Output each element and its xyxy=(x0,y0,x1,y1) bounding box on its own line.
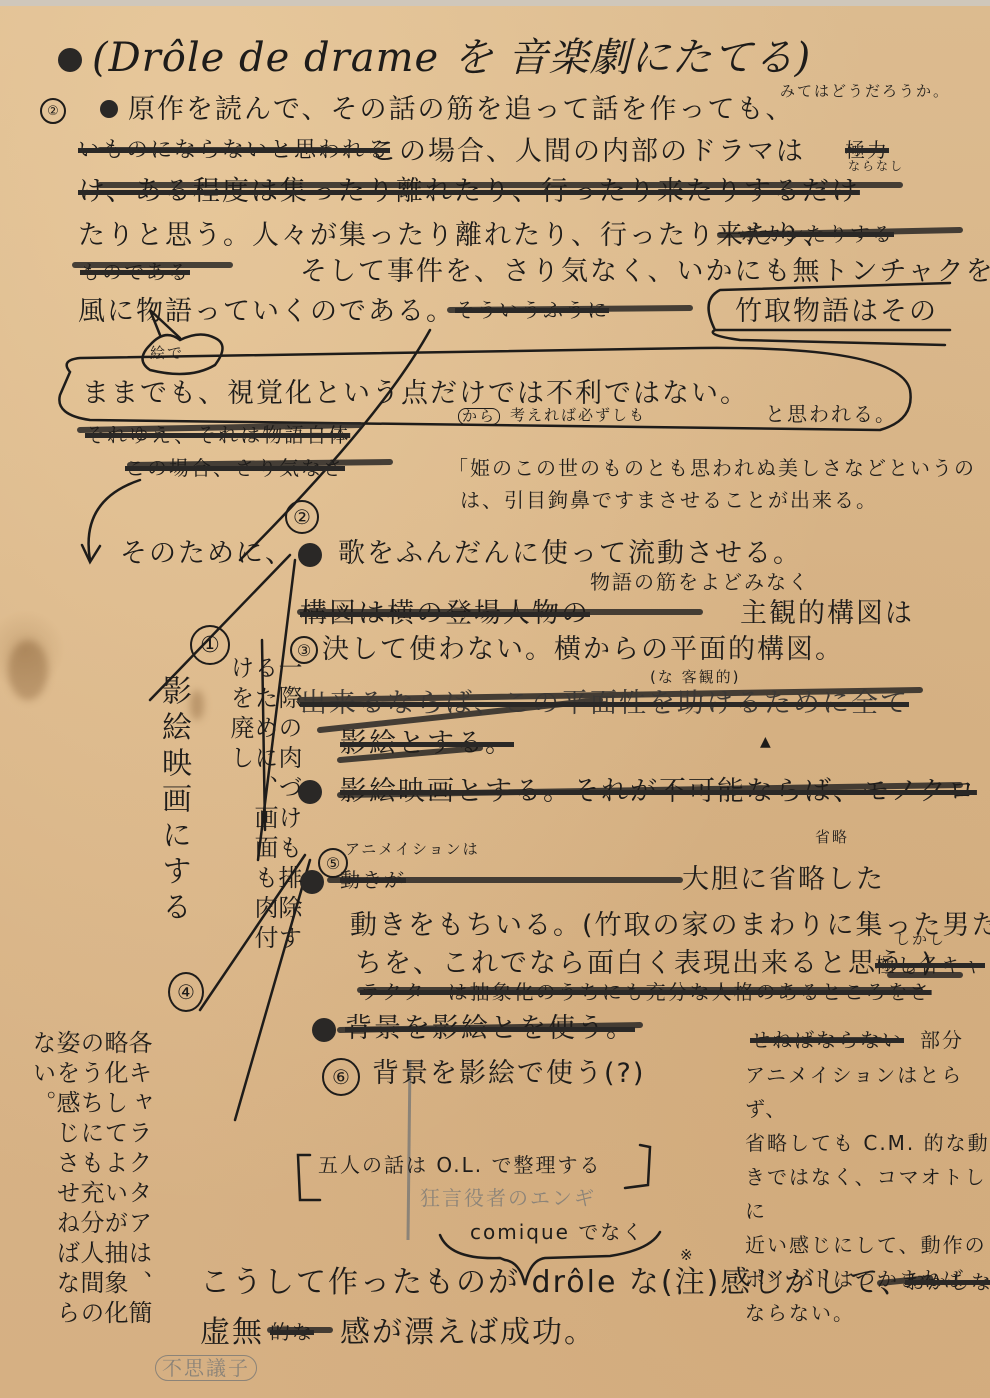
vertical-col1-marker: ① xyxy=(190,625,230,665)
paragraph1-line3-struck: け、ある程度は集ったり離れたり、行ったり来たりするだけ xyxy=(78,178,860,205)
section2-line4-struck: 出来るならば、この平面性を助けるために全て xyxy=(300,690,909,717)
closing-line1: こうして作ったものが drôle な(注)感じがして、 xyxy=(200,1268,912,1298)
section2-line11-right-struck: せねばならない xyxy=(750,1030,904,1050)
section2-line10-struck: ラクターは抽象化のうちにも充分な人格のあるところをさ xyxy=(360,982,932,1002)
vertical-col2-a: 一際の肉づけも排除するために、画面も肉付けを廃し xyxy=(228,655,300,955)
item-marker-icon xyxy=(298,543,322,567)
section2-line8: 動きをもちいる。(竹取の家のまわりに集った男た xyxy=(350,912,990,939)
bracket-note: 五人の話は O.L. で整理する xyxy=(318,1155,602,1175)
paragraph1-line1: 原作を読んで、その話の筋を追って話を作っても、 xyxy=(128,96,794,123)
quote-line1: 「姫のこの世のものとも思われぬ美しさなどというの xyxy=(448,458,976,478)
section2-line12: 背景を影絵で使う(?) xyxy=(372,1060,645,1087)
right-note-line: ならない。 xyxy=(745,1296,990,1330)
caret-mark-icon: ▲ xyxy=(760,735,771,749)
section2-line3-annotation: (な 客観的) xyxy=(650,670,740,685)
pencil-note-kyogen: 狂言役者のエンギ xyxy=(420,1188,596,1208)
right-note-line: 近い感じにして、動作の xyxy=(745,1228,990,1262)
paragraph1-line7-right: と思われる。 xyxy=(765,404,897,424)
section2-line5-struck: 影絵とする。 xyxy=(340,730,514,757)
section2-line2: 主観的構図は xyxy=(740,600,914,627)
bubble-note: 絵で xyxy=(150,346,184,361)
annotation-kara: から xyxy=(458,408,500,425)
right-note-line: 省略しても C.M. 的な動 xyxy=(745,1126,990,1160)
vertical-col3-marker: ④ xyxy=(168,972,204,1012)
section2-line7-annotation: 省略 xyxy=(815,830,849,845)
quote-line2: は、引目鉤鼻ですまさせることが出来る。 xyxy=(460,490,878,510)
manuscript-page: (Drôle de drame を 音楽劇にたてる) ② 原作を読んで、その話の… xyxy=(0,0,990,1398)
closing-note-marker: ※ xyxy=(680,1248,695,1263)
section2-line11-right: 部分 xyxy=(920,1030,964,1050)
struck-marker-icon xyxy=(300,870,324,894)
closing-annotation: comique でなく xyxy=(470,1222,644,1242)
section2-line6-struck: 影絵映画とする。それが不可能ならば、モノクロ xyxy=(340,778,977,805)
vertical-col1: 影絵映画にする xyxy=(158,675,188,927)
section2-line9: ちを、これでなら面白く表現出来ると思う。) xyxy=(355,950,934,977)
paragraph1-line4-struck: ボカシたりする xyxy=(740,224,894,244)
struck-mark-icon xyxy=(100,100,118,118)
boxed-note-taketori: 竹取物語はその xyxy=(735,298,938,325)
closing-line2-rest: 感が漂えば成功。 xyxy=(340,1318,596,1348)
section2-line12-marker: ⑥ xyxy=(322,1058,360,1096)
paragraph1-line8-struck: それゆえ、それは物語自体 xyxy=(85,425,350,445)
section2-line3: 決して使わない。横からの平面的構図。 xyxy=(322,636,844,663)
paragraph1-line1-annotation: みてはどうだろうか。 xyxy=(780,84,950,99)
section2-line2-struck: 構図は横の登場人物の xyxy=(300,600,590,627)
paragraph1-line7: ままでも、視覚化という点だけでは不利ではない。 xyxy=(82,380,749,407)
paragraph1-line6: 風に物語っていくのである。 xyxy=(78,298,455,325)
closing-line2-start: 虚無 xyxy=(200,1318,264,1348)
paragraph1-line2-struck-end: 極力 xyxy=(845,140,889,160)
paragraph1-line6-struck: そういうふうに xyxy=(455,300,609,320)
paragraph1-line2-struck: いものにならないと思われる xyxy=(78,140,390,162)
right-note-line: アニメイションはとらず、 xyxy=(745,1058,990,1126)
right-note-line: きではなく、コマオトしに xyxy=(745,1160,990,1228)
paper-stain xyxy=(8,640,48,700)
section2-line11-struck: 背景を影絵とを使う。 xyxy=(345,1015,635,1042)
page-title: (Drôle de drame を 音楽劇にたてる) xyxy=(92,38,811,78)
paragraph-marker: ② xyxy=(40,98,66,124)
section2-circle-marker: ② xyxy=(285,500,319,534)
section2-line1-annotation: 物語の筋をよどみなく xyxy=(590,572,810,592)
struck-marker-icon xyxy=(312,1018,336,1042)
paragraph1-line2: この場合、人間の内部のドラマは xyxy=(370,138,805,165)
pencil-note-fushigi: 不思議子 xyxy=(155,1355,257,1381)
section2-line9-struck-end: 極し各キャ xyxy=(875,955,985,975)
vertical-col3: 各キャラクタアは、簡略化してよいが抽象化のうちにも充分人間の姿を感じさせねばなら… xyxy=(30,1030,150,1350)
section2-lead-in: そのために、 xyxy=(120,540,294,567)
section2-line7-label: アニメイションは xyxy=(345,842,480,857)
closing-line2-struck: 的な xyxy=(270,1322,314,1342)
paragraph1-line2-annotation: ならなし xyxy=(848,160,904,172)
paragraph1-line9-struck: この場合、さり気なさ xyxy=(125,458,345,478)
title-marker-icon xyxy=(58,48,82,72)
closing-line1-struck-end: おかしな xyxy=(905,1272,990,1292)
paragraph1-line4: たりと思う。人々が集ったり離れたり、行ったり来たり、 xyxy=(78,222,832,249)
paper-stain xyxy=(190,690,204,720)
section2-line9-annotation: しかし xyxy=(895,932,946,947)
section2-line1: 歌をふんだんに使って流動させる。 xyxy=(338,540,802,567)
section2-line7-struck: 動きが xyxy=(340,870,406,890)
paragraph1-line5: そして事件を、さり気なく、いかにも無トンチャクを xyxy=(300,258,990,285)
section2-line7: 大胆に省略した xyxy=(682,866,885,893)
paragraph1-line5-struck: ものである xyxy=(80,262,190,282)
paragraph1-line7-annotation: 考えれば必ずしも xyxy=(510,408,646,423)
